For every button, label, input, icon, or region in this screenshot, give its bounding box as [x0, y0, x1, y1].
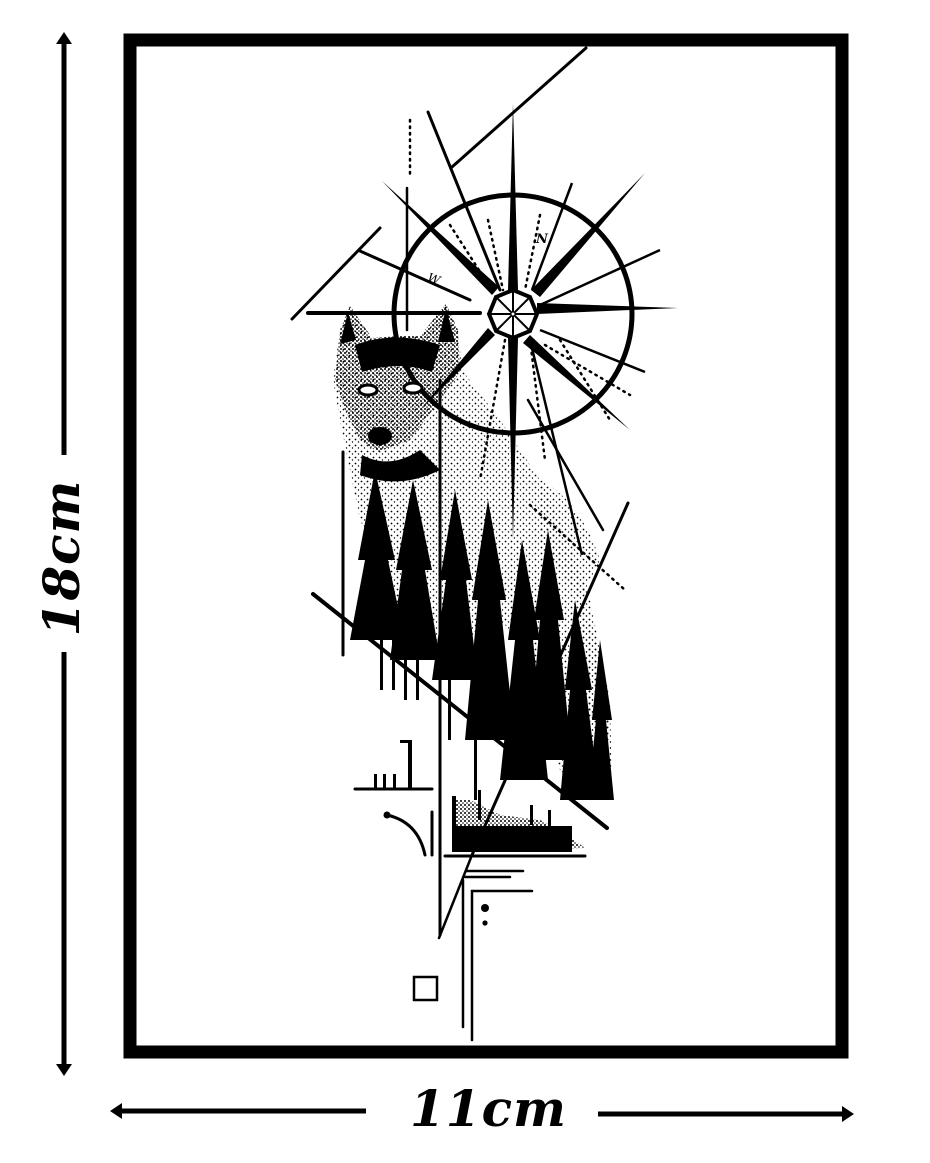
tattoo-artwork: N W — [0, 0, 930, 1163]
width-dimension-label: 11cm — [410, 1084, 567, 1134]
compass-rose — [489, 290, 537, 338]
compass-north-label: N — [535, 232, 549, 247]
height-dimension-label: 18cm — [37, 480, 87, 637]
